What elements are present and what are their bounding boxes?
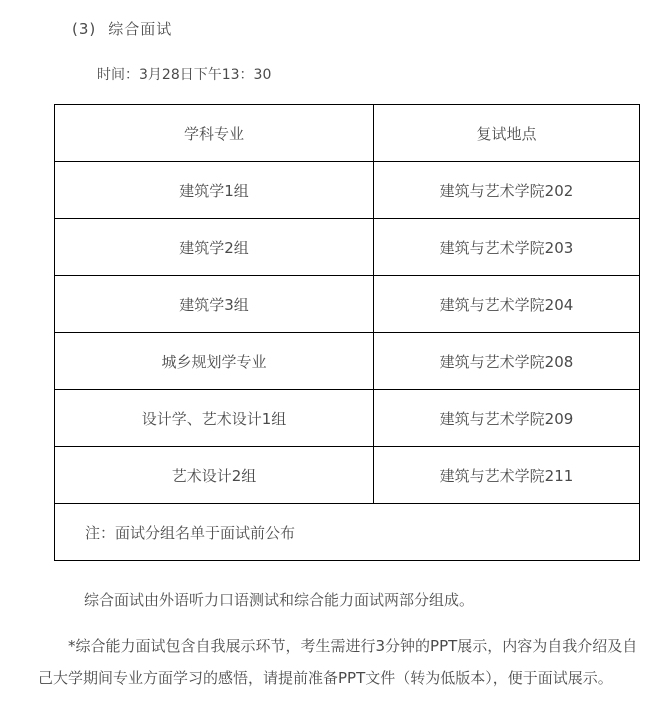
section-number: (3): [72, 20, 96, 38]
cell-major: 建筑学3组: [55, 276, 374, 333]
table-row: 城乡规划学专业 建筑与艺术学院208: [55, 333, 640, 390]
cell-location: 建筑与艺术学院209: [374, 390, 640, 447]
header-major: 学科专业: [55, 105, 374, 162]
table-row: 艺术设计2组 建筑与艺术学院211: [55, 447, 640, 504]
paragraph-composition: 综合面试由外语听力口语测试和综合能力面试两部分组成。: [84, 584, 474, 616]
cell-major: 建筑学2组: [55, 219, 374, 276]
cell-location: 建筑与艺术学院204: [374, 276, 640, 333]
cell-major: 设计学、艺术设计1组: [55, 390, 374, 447]
table-row: 建筑学2组 建筑与艺术学院203: [55, 219, 640, 276]
table-row: 建筑学1组 建筑与艺术学院202: [55, 162, 640, 219]
paragraph-ppt-notice: *综合能力面试包含自我展示环节，考生需进行3分钟的PPT展示，内容为自我介绍及自…: [38, 630, 638, 694]
table-header-row: 学科专业 复试地点: [55, 105, 640, 162]
cell-location: 建筑与艺术学院211: [374, 447, 640, 504]
section-title: 综合面试: [108, 20, 172, 38]
header-location: 复试地点: [374, 105, 640, 162]
section-heading: (3)综合面试: [72, 18, 172, 39]
interview-time: 时间：3月28日下午13：30: [97, 64, 271, 84]
table-note: 注：面试分组名单于面试前公布: [55, 504, 640, 561]
interview-schedule-table: 学科专业 复试地点 建筑学1组 建筑与艺术学院202 建筑学2组 建筑与艺术学院…: [54, 104, 640, 561]
table-row: 建筑学3组 建筑与艺术学院204: [55, 276, 640, 333]
cell-location: 建筑与艺术学院203: [374, 219, 640, 276]
cell-location: 建筑与艺术学院202: [374, 162, 640, 219]
cell-major: 建筑学1组: [55, 162, 374, 219]
cell-major: 城乡规划学专业: [55, 333, 374, 390]
table-row: 设计学、艺术设计1组 建筑与艺术学院209: [55, 390, 640, 447]
table-note-row: 注：面试分组名单于面试前公布: [55, 504, 640, 561]
cell-location: 建筑与艺术学院208: [374, 333, 640, 390]
cell-major: 艺术设计2组: [55, 447, 374, 504]
